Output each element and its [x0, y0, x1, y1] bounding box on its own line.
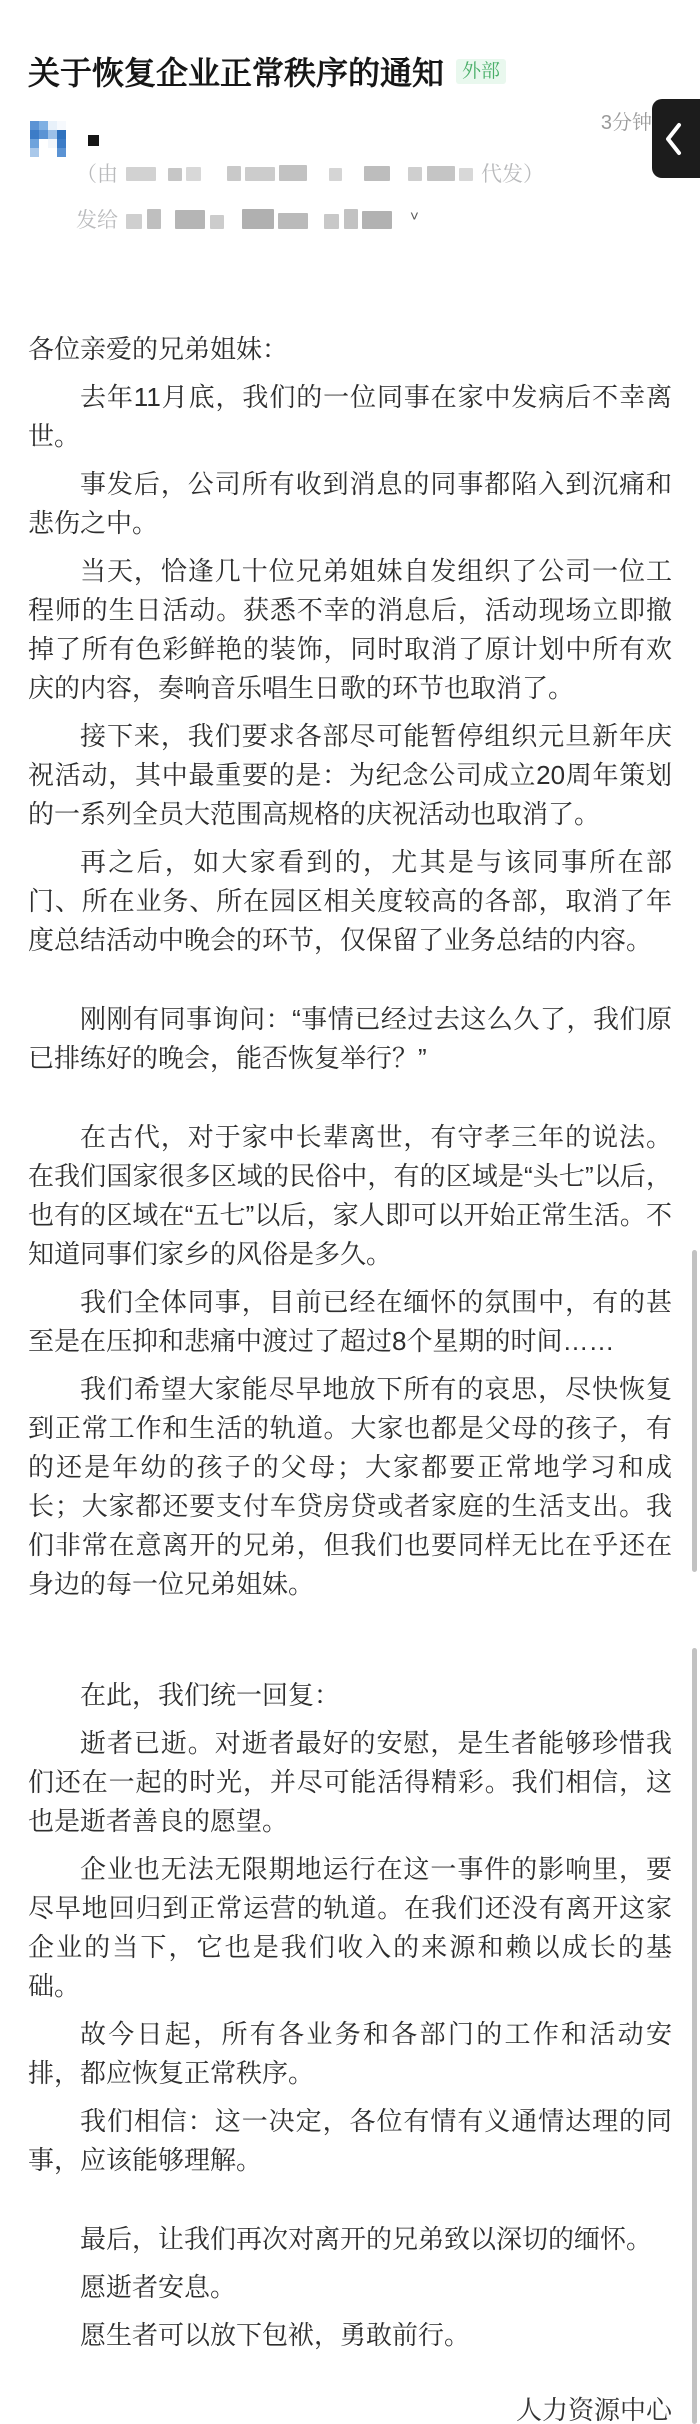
to-label: 发给 [76, 204, 118, 234]
body-paragraph: 当天，恰逢几十位兄弟姐妹自发组织了公司一位工程师的生日活动。获悉不幸的消息后，活… [28, 552, 672, 708]
body-paragraph: 接下来，我们要求各部尽可能暂停组织元旦新年庆祝活动，其中最重要的是：为纪念公司成… [28, 717, 672, 834]
chevron-left-icon [664, 122, 682, 156]
sender-name-redacted [88, 135, 99, 146]
signature: 人力资源中心 [516, 2390, 672, 2424]
body-paragraph: 逝者已逝。对逝者最好的安慰，是生者能够珍惜我们还在一起的时光，并尽可能活得精彩。… [28, 1724, 672, 1841]
body-paragraph: 去年11月底，我们的一位同事在家中发病后不幸离世。 [28, 378, 672, 456]
scrollbar-thumb[interactable] [692, 1250, 697, 1572]
body-paragraph: 我们相信：这一决定，各位有情有义通情达理的同事，应该能够理解。 [28, 2102, 672, 2180]
body-paragraph: 愿生者可以放下包袱，勇敢前行。 [28, 2316, 672, 2355]
external-badge: 外部 [456, 59, 506, 84]
body-paragraph: 愿逝者安息。 [28, 2268, 672, 2307]
body-paragraph: 故今日起，所有各业务和各部门的工作和活动安排，都应恢复正常秩序。 [28, 2015, 672, 2093]
body-paragraph: 事发后，公司所有收到消息的同事都陷入到沉痛和悲伤之中。 [28, 465, 672, 543]
body-paragraph: 最后，让我们再次对离开的兄弟致以深切的缅怀。 [28, 2220, 672, 2259]
collapse-panel-button[interactable] [652, 99, 700, 178]
mail-subject: 关于恢复企业正常秩序的通知 [28, 55, 444, 91]
recipients-redacted-blocks [126, 209, 392, 229]
delegated-prefix: （由 [76, 158, 118, 188]
body-paragraph: 刚刚有同事询问：“事情已经过去这么久了，我们原已排练好的晚会，能否恢复举行？” [28, 1000, 672, 1078]
mail-body: 各位亲爱的兄弟姐妹：去年11月底，我们的一位同事在家中发病后不幸离世。事发后，公… [0, 330, 700, 2355]
sender-avatar[interactable] [30, 121, 66, 157]
title-row: 关于恢复企业正常秩序的通知外部 [28, 48, 506, 94]
delegated-suffix: 代发） [481, 158, 544, 188]
delegated-sender-line: （由 代发） [76, 158, 544, 188]
expand-recipients-icon[interactable]: ˅ [410, 208, 419, 225]
body-paragraph: 我们全体同事，目前已经在缅怀的氛围中，有的甚至是在压抑和悲痛中渡过了超过8个星期… [28, 1283, 672, 1361]
body-paragraph: 企业也无法无限期地运行在这一事件的影响里，要尽早地回归到正常运营的轨道。在我们还… [28, 1850, 672, 2006]
recipients-line: 发给 ˅ [76, 204, 419, 234]
scrollbar-thumb[interactable] [692, 1648, 697, 2424]
body-paragraph: 在古代，对于家中长辈离世，有守孝三年的说法。在我们国家很多区域的民俗中，有的区域… [28, 1118, 672, 1274]
sender-redacted-blocks [126, 165, 473, 181]
body-paragraph: 各位亲爱的兄弟姐妹： [28, 330, 672, 369]
mail-header: 关于恢复企业正常秩序的通知外部 3分钟前 （由 代发） 发给 ˅ [0, 0, 700, 330]
body-paragraph: 再之后，如大家看到的，尤其是与该同事所在部门、所在业务、所在园区相关度较高的各部… [28, 843, 672, 960]
body-paragraph: 我们希望大家能尽早地放下所有的哀思，尽快恢复到正常工作和生活的轨道。大家也都是父… [28, 1370, 672, 1604]
body-paragraph: 在此，我们统一回复： [28, 1676, 672, 1715]
